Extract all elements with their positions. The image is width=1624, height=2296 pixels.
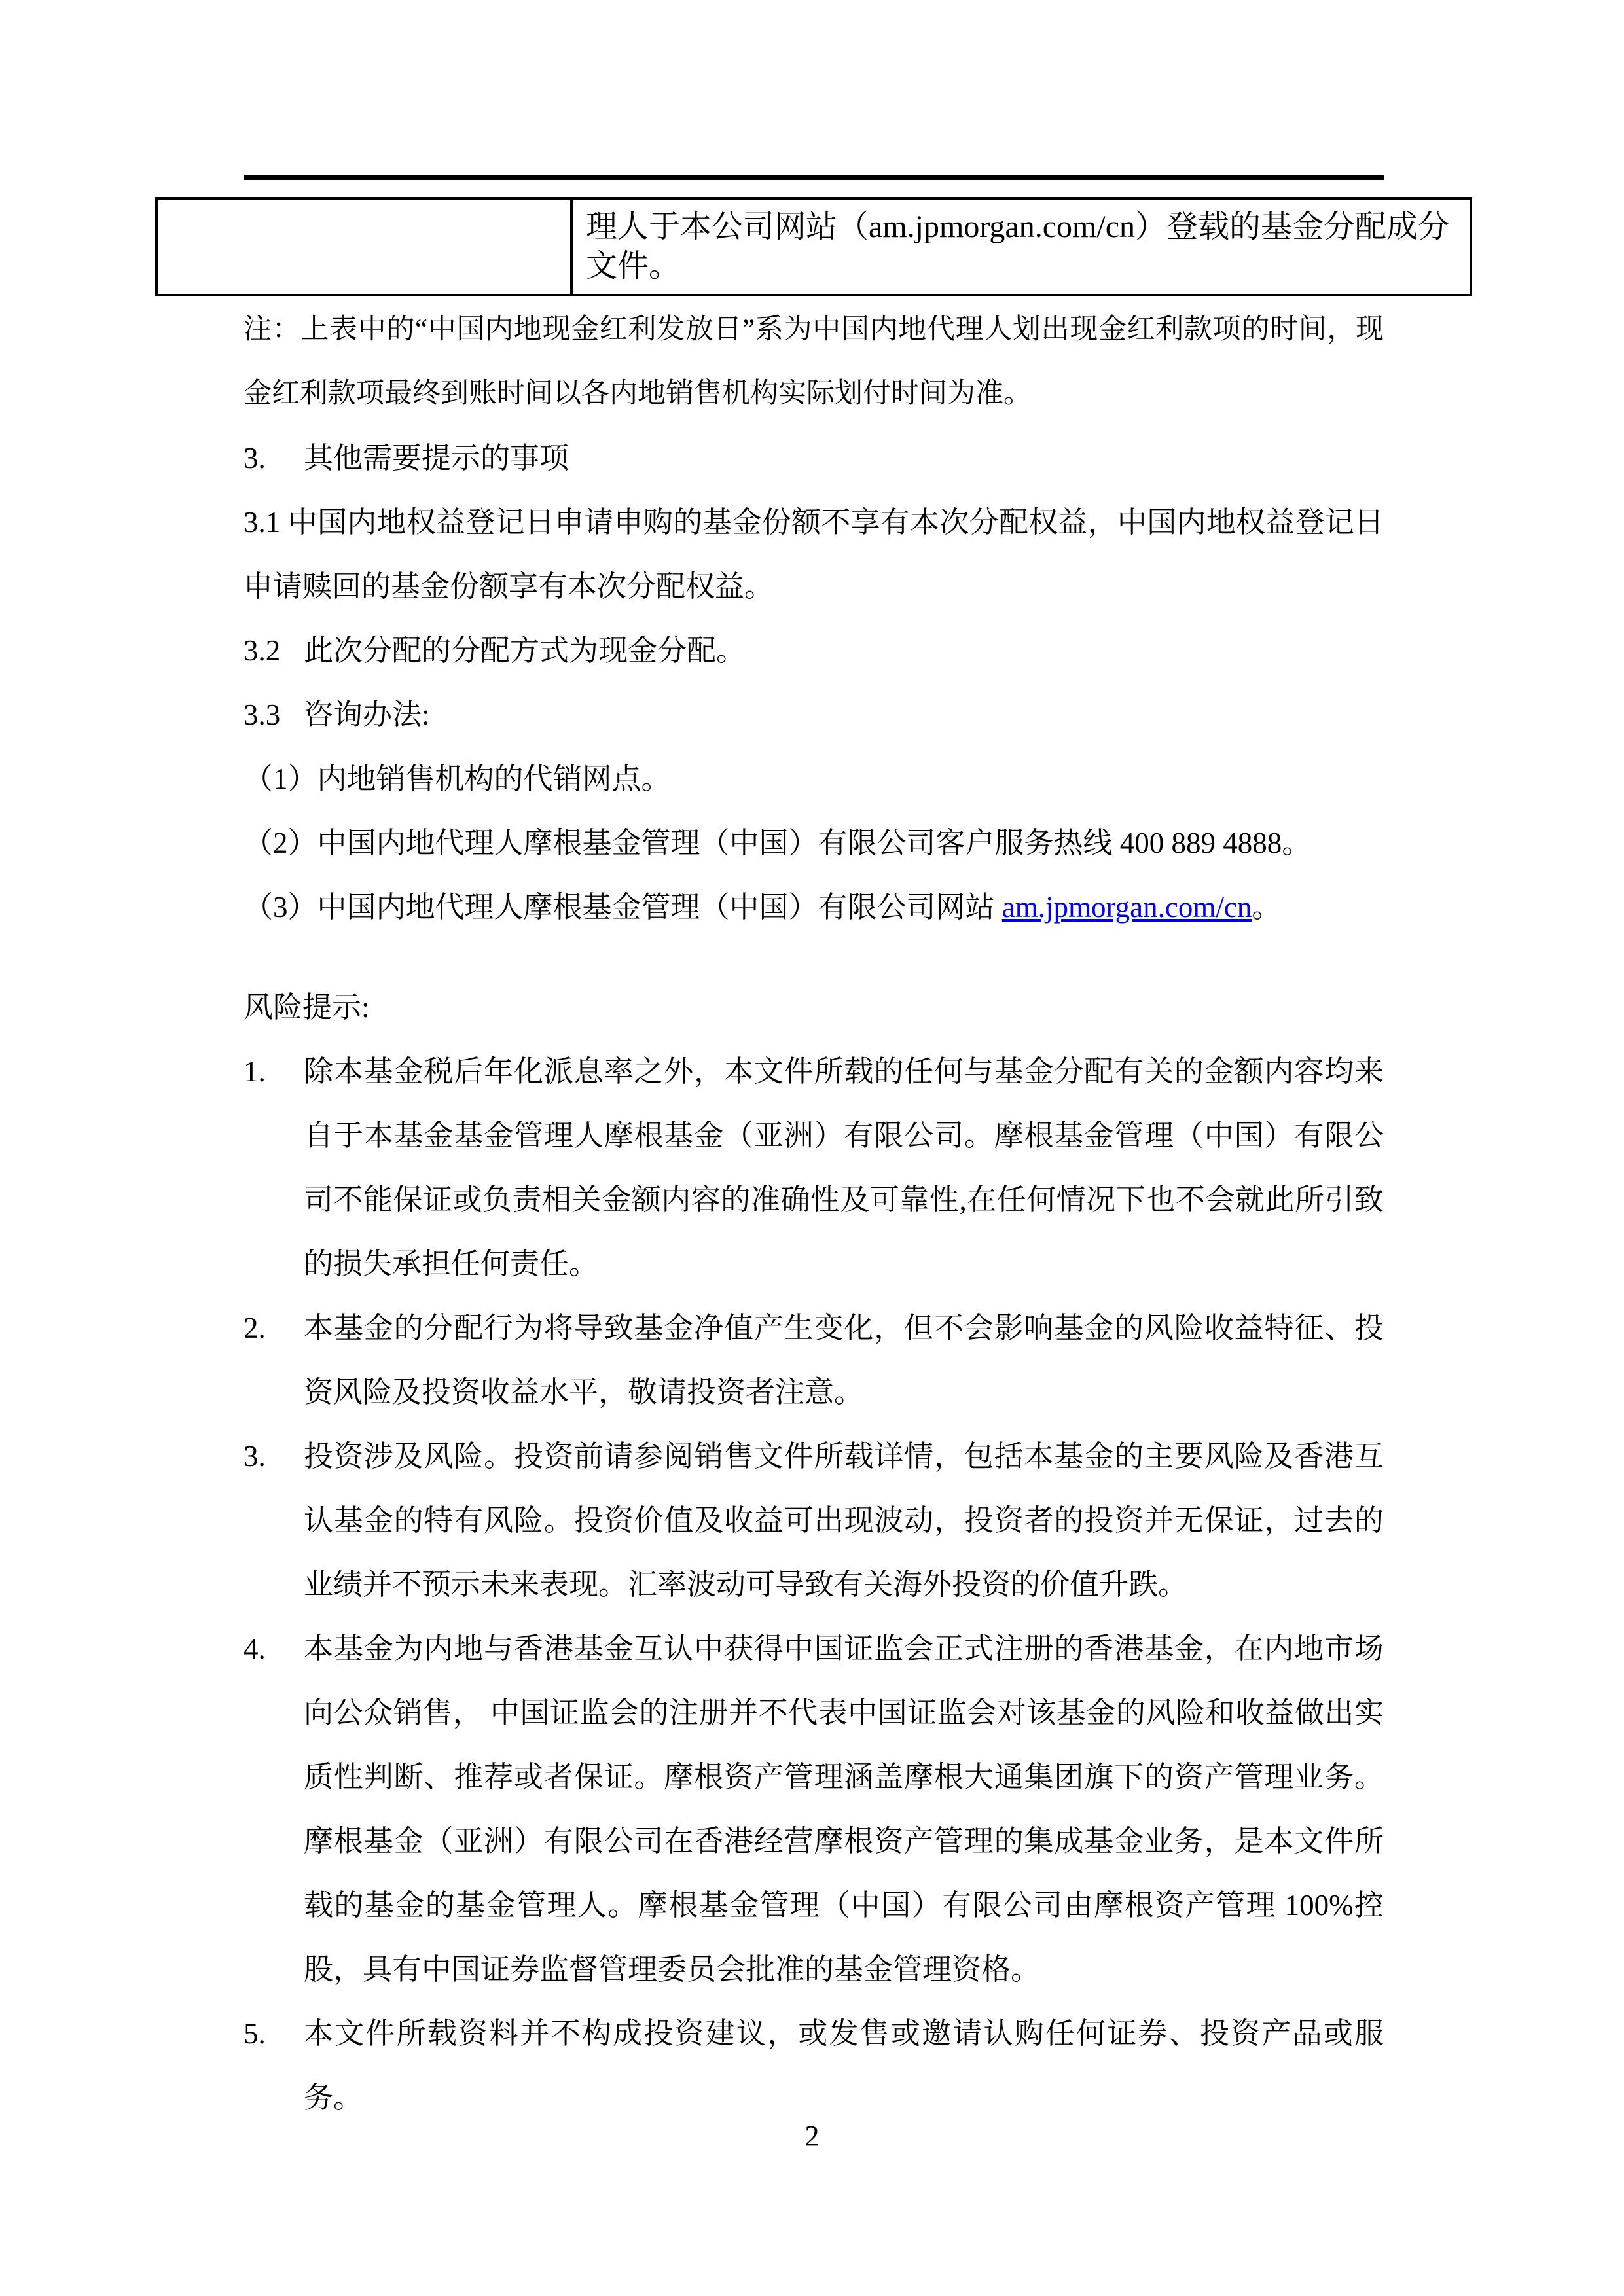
risk-item-5: 5.本文件所载资料并不构成投资建议，或发售或邀请认购任何证券、投资产品或服务。 (244, 2001, 1384, 2130)
distribution-table: 理人于本公司网站（am.jpmorgan.com/cn）登载的基金分配成分文件。 (155, 197, 1472, 296)
section-3-number: 3. (244, 426, 304, 490)
risk-item-4: 4.本基金为内地与香港基金互认中获得中国证监会正式注册的香港基金，在内地市场向公… (244, 1617, 1384, 2001)
risk-item-3-text: 投资涉及风险。投资前请参阅销售文件所载详情，包括本基金的主要风险及香港互认基金的… (304, 1440, 1384, 1601)
risk-item-3: 3.投资涉及风险。投资前请参阅销售文件所载详情，包括本基金的主要风险及香港互认基… (244, 1424, 1384, 1617)
table-cell-continuation-text: 理人于本公司网站（am.jpmorgan.com/cn）登载的基金分配成分文件。 (571, 198, 1471, 295)
page-top-rule (244, 175, 1384, 180)
risk-item-4-text: 本基金为内地与香港基金互认中获得中国证监会正式注册的香港基金，在内地市场向公众销… (304, 1632, 1384, 1986)
risk-item-2-number: 2. (244, 1296, 266, 1360)
risk-item-1: 1.除本基金税后年化派息率之外，本文件所载的任何与基金分配有关的金额内容均来自于… (244, 1039, 1384, 1296)
section-3-3-number: 3.3 (244, 683, 304, 747)
section-3-3-paragraph: 3.3咨询办法: (244, 683, 1384, 747)
risk-item-1-number: 1. (244, 1039, 266, 1103)
section-3-2-text: 此次分配的分配方式为现金分配。 (304, 634, 746, 667)
risk-item-1-text: 除本基金税后年化派息率之外，本文件所载的任何与基金分配有关的金额内容均来自于本基… (304, 1055, 1384, 1280)
section-3-title: 其他需要提示的事项 (304, 442, 569, 475)
website-link[interactable]: am.jpmorgan.com/cn (1002, 891, 1252, 924)
section-3-2-paragraph: 3.2此次分配的分配方式为现金分配。 (244, 619, 1384, 683)
method-item-3-text: （3）中国内地代理人摩根基金管理（中国）有限公司网站 (244, 891, 1002, 924)
section-3-2-number: 3.2 (244, 619, 304, 683)
method-item-3-period: 。 (1252, 891, 1281, 924)
section-3-1-paragraph: 3.1 中国内地权益登记日申请申购的基金份额不享有本次分配权益，中国内地权益登记… (244, 490, 1384, 619)
risk-item-5-text: 本文件所载资料并不构成投资建议，或发售或邀请认购任何证券、投资产品或服务。 (304, 2017, 1384, 2114)
section-3-heading: 3.其他需要提示的事项 (244, 426, 1384, 490)
document-body: 注：上表中的“中国内地现金红利发放日”系为中国内地代理人划出现金红利款项的时间，… (244, 298, 1384, 2130)
risk-item-3-number: 3. (244, 1424, 266, 1488)
document-page: 理人于本公司网站（am.jpmorgan.com/cn）登载的基金分配成分文件。… (0, 0, 1624, 2296)
table-row: 理人于本公司网站（am.jpmorgan.com/cn）登载的基金分配成分文件。 (156, 198, 1471, 295)
table-cell-empty (156, 198, 571, 295)
risk-item-5-number: 5. (244, 2001, 266, 2066)
risk-heading: 风险提示: (244, 975, 1384, 1039)
risk-item-4-number: 4. (244, 1617, 266, 1681)
risk-item-2-text: 本基金的分配行为将导致基金净值产生变化，但不会影响基金的风险收益特征、投资风险及… (304, 1312, 1384, 1408)
method-item-3: （3）中国内地代理人摩根基金管理（中国）有限公司网站 am.jpmorgan.c… (244, 875, 1384, 939)
section-3-3-text: 咨询办法: (304, 698, 430, 731)
page-number: 2 (0, 2119, 1624, 2153)
method-item-2: （2）中国内地代理人摩根基金管理（中国）有限公司客户服务热线 400 889 4… (244, 811, 1384, 875)
risk-item-2: 2.本基金的分配行为将导致基金净值产生变化，但不会影响基金的风险收益特征、投资风… (244, 1296, 1384, 1424)
method-item-1: （1）内地销售机构的代销网点。 (244, 747, 1384, 811)
table-note: 注：上表中的“中国内地现金红利发放日”系为中国内地代理人划出现金红利款项的时间，… (244, 298, 1384, 426)
